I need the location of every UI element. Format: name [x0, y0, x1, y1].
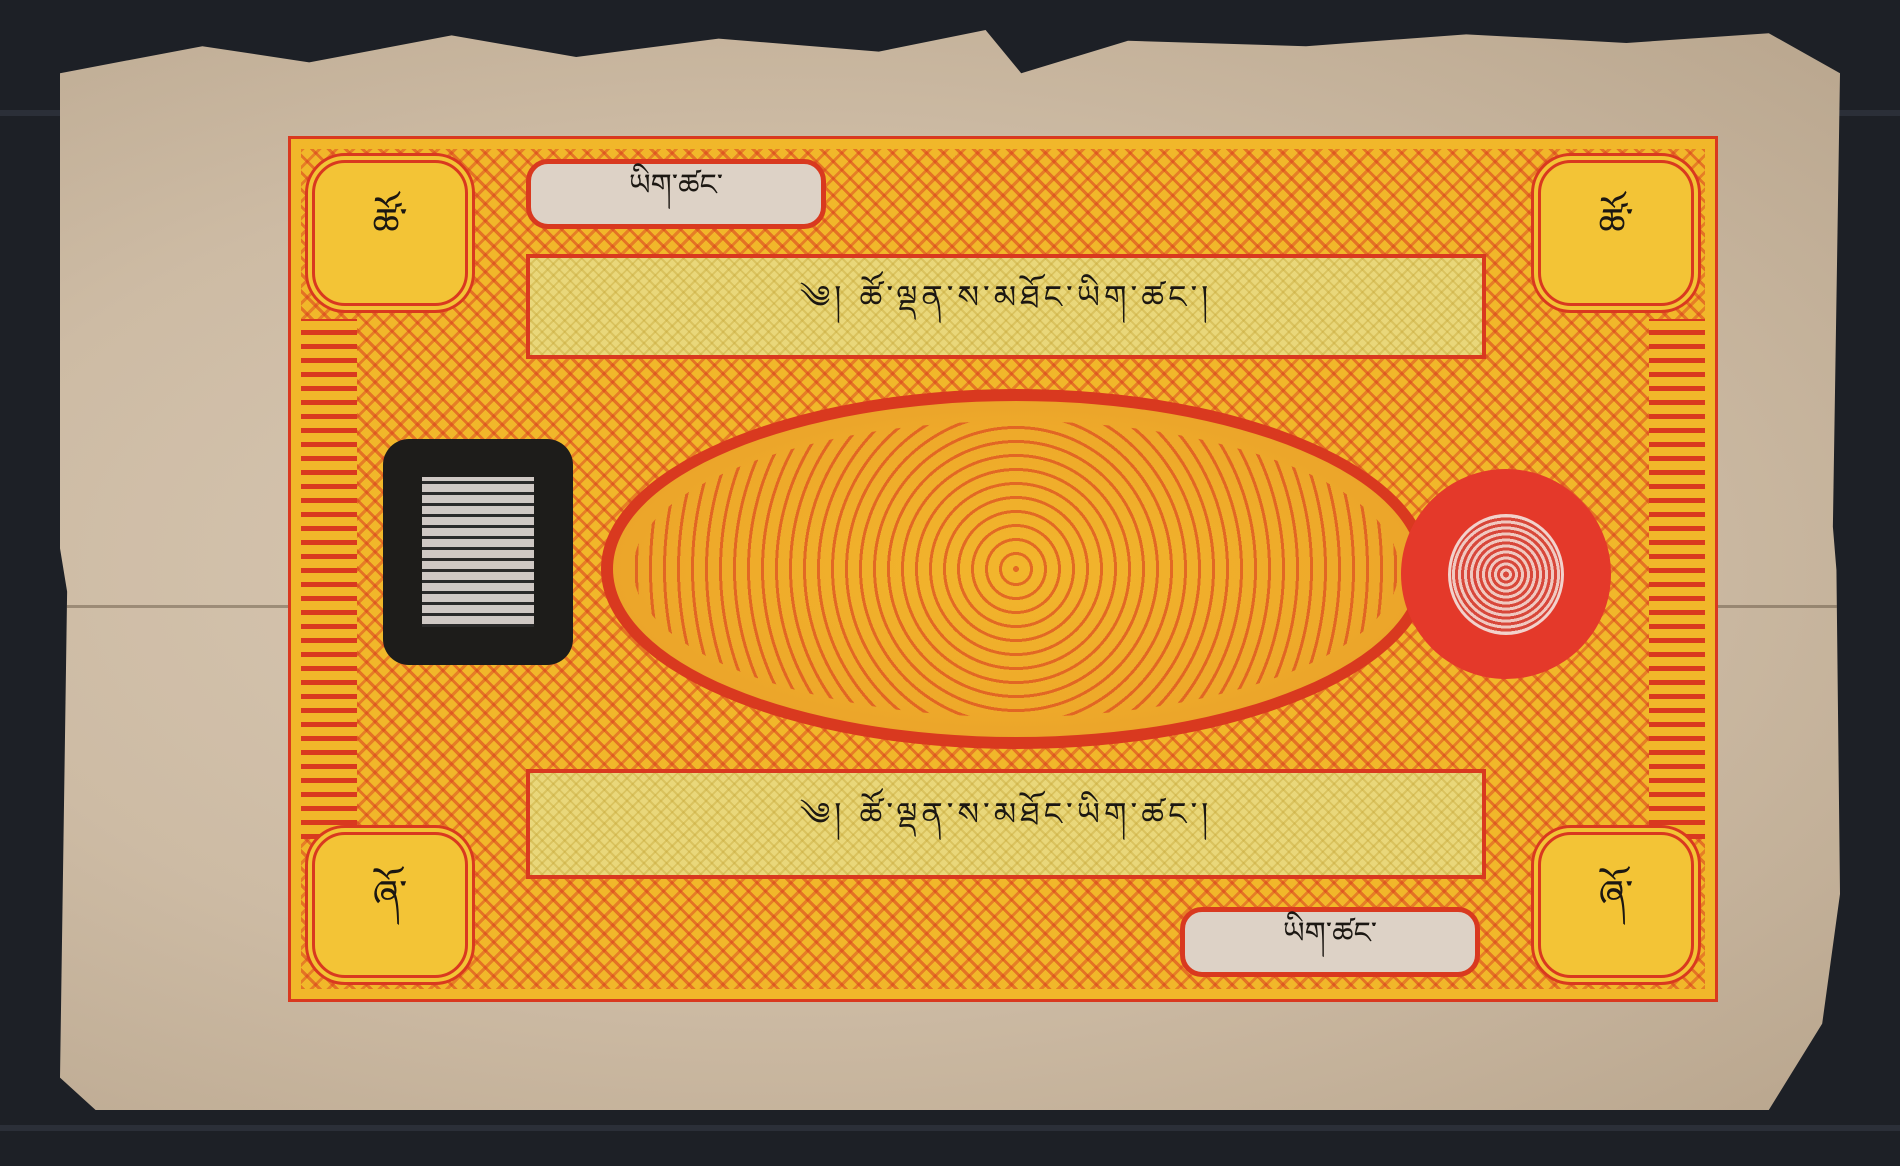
- black-square-seal: [383, 439, 573, 665]
- left-key-border: [301, 319, 357, 839]
- banknote-print: ཚོ་ ཚོ་ ཞོ་ ཞོ་ ཡིག་ཚང་ ཡིག་ཚང་ ༄། ཚོ་ལྡ…: [288, 136, 1718, 1002]
- signature-panel-bottom: ཡིག་ཚང་: [1180, 907, 1480, 977]
- bottom-text-panel: ༄། ཚོ་ལྡན་ས་མཐོང་ཡིག་ཚང་།: [526, 769, 1486, 879]
- red-round-seal: [1401, 469, 1611, 679]
- corner-denomination-top-right: ཚོ་: [1531, 153, 1701, 313]
- signature-panel-top: ཡིག་ཚང་: [526, 159, 826, 229]
- corner-denomination-bottom-left: ཞོ་: [305, 825, 475, 985]
- central-vignette-lions: [601, 389, 1431, 749]
- corner-denomination-top-left: ཚོ་: [305, 153, 475, 313]
- background-stripe: [0, 1125, 1900, 1131]
- seal-script-square: [422, 477, 534, 627]
- top-text-panel: ༄། ཚོ་ལྡན་ས་མཐོང་ཡིག་ཚང་།: [526, 254, 1486, 359]
- corner-denomination-bottom-right: ཞོ་: [1531, 825, 1701, 985]
- right-key-border: [1649, 319, 1705, 839]
- seal-script-round: [1448, 514, 1564, 635]
